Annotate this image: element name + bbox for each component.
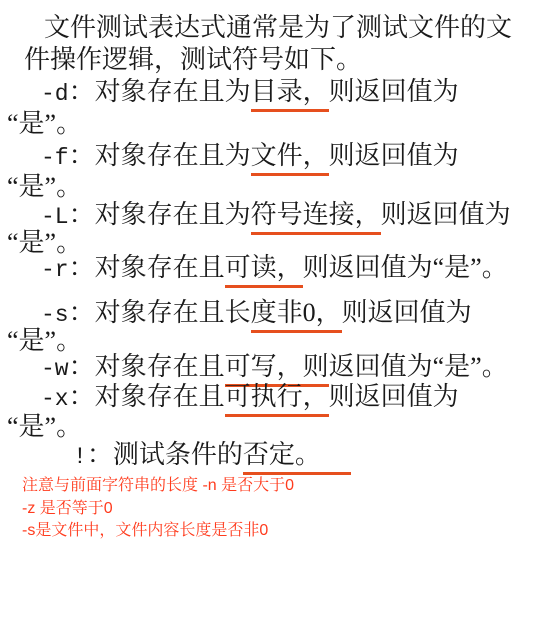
intro-line-1: 文件测试表达式通常是为了测试文件的文 <box>44 14 512 41</box>
line-text: 则返回值为 <box>342 298 472 327</box>
test-symbol-L: -L <box>41 204 69 230</box>
line-text: ：测试条件的 <box>87 440 243 469</box>
test-symbol-r: -r <box>41 257 69 283</box>
line-text: ：对象存在且长 <box>69 298 251 327</box>
line-text: 返回值为“是”。 <box>329 352 508 381</box>
test-symbol-d: -d <box>41 81 69 107</box>
underlined-text: 目录， <box>251 77 329 112</box>
test-symbol-f: -f <box>41 145 69 171</box>
test-item-s: -s：对象存在且长度非0，则返回值为 <box>41 299 472 327</box>
line-text: 则返回值为 <box>329 382 459 411</box>
test-symbol-w: -w <box>41 356 69 382</box>
line-text: 则返回值为 <box>329 141 459 170</box>
test-item-f: -f：对象存在且为文件，则返回值为 <box>41 142 459 170</box>
line-text: ：对象存在且 <box>69 253 225 282</box>
line-text: 则返回值为 <box>329 77 459 106</box>
line-text: ：对象存在且 <box>69 382 225 411</box>
continuation-line: “是”。 <box>7 327 82 354</box>
intro-line-2: 件操作逻辑，测试符号如下。 <box>24 46 362 73</box>
test-item-d: -d：对象存在且为目录，则返回值为 <box>41 78 459 106</box>
test-item-L: -L：对象存在且为符号连接，则返回值为 <box>41 201 511 229</box>
underlined-text: 度非0， <box>251 298 342 333</box>
document-page: 文件测试表达式通常是为了测试文件的文 件操作逻辑，测试符号如下。 -d：对象存在… <box>0 0 533 641</box>
continuation-line: “是”。 <box>7 110 82 137</box>
underlined-text: 否定。 <box>243 440 351 475</box>
underlined-text: 文件， <box>251 141 329 176</box>
line-text: ：对象存在且为 <box>69 200 251 229</box>
test-symbol-s: -s <box>41 302 69 328</box>
test-item-x: -x：对象存在且可执行，则返回值为 <box>41 383 459 411</box>
note-line-2: -z 是否等于0 <box>22 500 113 518</box>
continuation-line: “是”。 <box>7 413 82 440</box>
line-text: ：对象存在且 <box>69 352 225 381</box>
continuation-line: “是”。 <box>7 173 82 200</box>
test-item-not: !：测试条件的否定。 <box>73 441 351 469</box>
line-text: 则返回值为“是”。 <box>303 253 508 282</box>
line-text: ：对象存在且为 <box>69 141 251 170</box>
line-text: ：对象存在且为 <box>69 77 251 106</box>
note-line-3: -s是文件中，文件内容长度是否非0 <box>22 522 268 540</box>
underlined-text: 符号连接， <box>251 200 381 235</box>
test-item-w: -w：对象存在且可写，则返回值为“是”。 <box>41 353 508 381</box>
line-text: 则返回值为 <box>381 200 511 229</box>
underlined-text: 可执行， <box>225 382 329 417</box>
test-symbol-x: -x <box>41 386 69 412</box>
test-item-r: -r：对象存在且可读，则返回值为“是”。 <box>41 254 508 282</box>
test-symbol-not: ! <box>73 444 87 470</box>
underlined-text: 可读， <box>225 253 303 288</box>
note-line-1: 注意与前面字符串的长度 -n 是否大于0 <box>22 477 294 495</box>
